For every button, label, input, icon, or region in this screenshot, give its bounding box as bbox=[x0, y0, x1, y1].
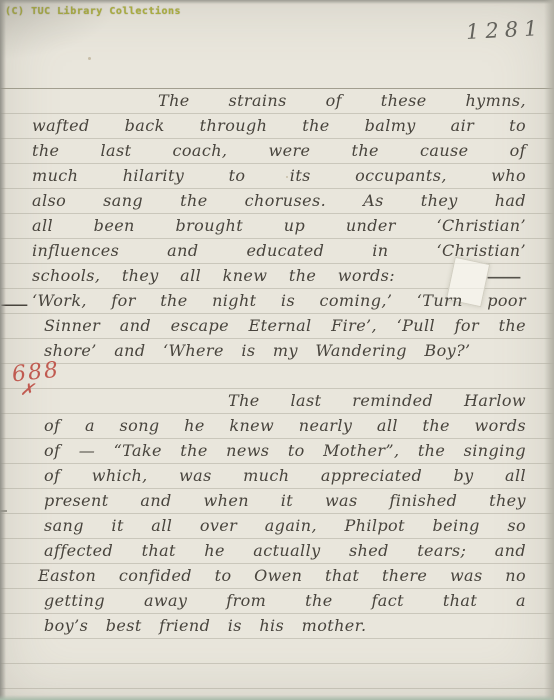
manuscript-line: wafted back through the balmy air to bbox=[24, 113, 530, 138]
manuscript-line: present and when it was finished they bbox=[24, 488, 530, 513]
manuscript-line: of a song he knew nearly all the words bbox=[24, 413, 530, 438]
manuscript-line: Sinner and escape Eternal Fire’, ‘Pull f… bbox=[24, 313, 530, 338]
manuscript-line: Easton confided to Owen that there was n… bbox=[24, 563, 530, 588]
manuscript-line: much hilarity to its occupants, who bbox=[24, 163, 530, 188]
scan-edge-top bbox=[0, 0, 554, 4]
manuscript-line: shore’ and ‘Where is my Wandering Boy?’ bbox=[24, 338, 530, 363]
paragraph-break bbox=[24, 363, 530, 388]
manuscript-line: getting away from the fact that a bbox=[24, 588, 530, 613]
manuscript-line: of — “Take the news to Mother”, the sing… bbox=[24, 438, 530, 463]
scan-edge-left bbox=[0, 0, 6, 700]
manuscript-page: (C) TUC Library Collections 1281 688 ✗ —… bbox=[0, 0, 554, 700]
manuscript-line: schools, they all knew the words: bbox=[24, 263, 530, 288]
manuscript-line: affected that he actually shed tears; an… bbox=[24, 538, 530, 563]
handwritten-text: The strains of these hymns, wafted back … bbox=[24, 88, 530, 638]
scan-edge-right bbox=[544, 0, 554, 700]
manuscript-line: The last reminded Harlow bbox=[24, 388, 530, 413]
manuscript-line: all been brought up under ‘Christian’ bbox=[24, 213, 530, 238]
manuscript-line: ‘Work, for the night is coming,’ ‘Turn p… bbox=[24, 288, 530, 313]
manuscript-line: The strains of these hymns, bbox=[24, 88, 530, 113]
manuscript-line: boy’s best friend is his mother. bbox=[24, 613, 530, 638]
manuscript-line: the last coach, were the cause of bbox=[24, 138, 530, 163]
manuscript-line: sang it all over again, Philpot being so bbox=[24, 513, 530, 538]
scan-corner-shade bbox=[0, 0, 120, 60]
manuscript-line: also sang the choruses. As they had bbox=[24, 188, 530, 213]
scan-edge-bottom bbox=[0, 695, 554, 700]
manuscript-line: influences and educated in ‘Christian’ bbox=[24, 238, 530, 263]
manuscript-line: of which, was much appreciated by all bbox=[24, 463, 530, 488]
page-number: 1281 bbox=[465, 16, 544, 44]
